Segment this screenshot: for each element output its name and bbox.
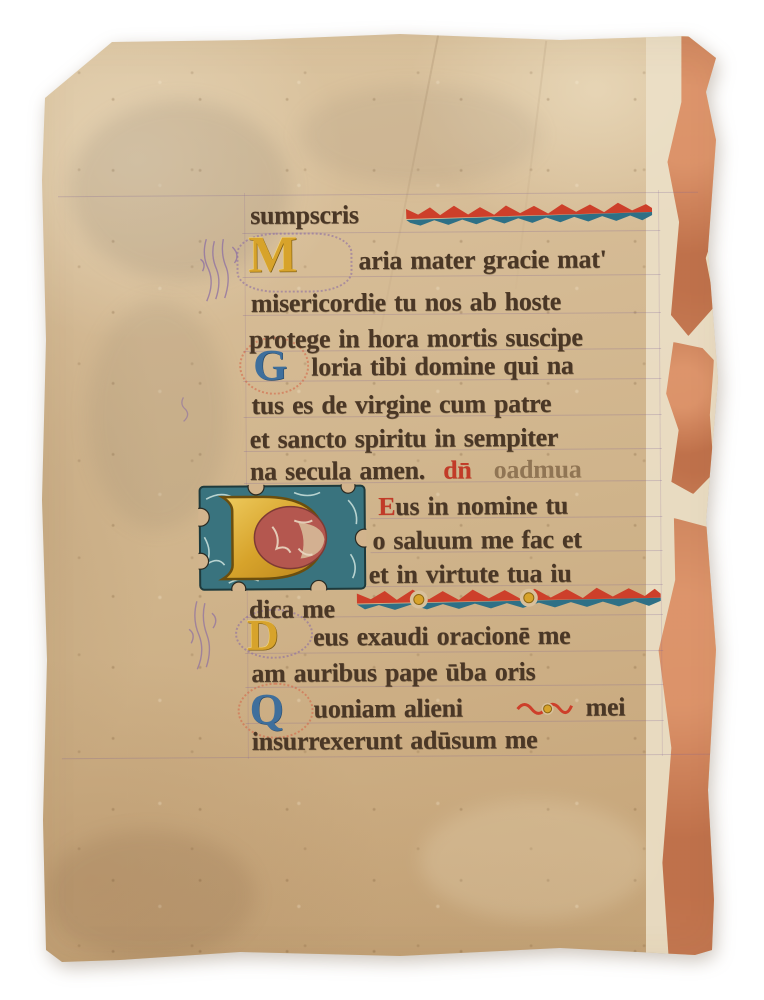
line-filler-red-blue — [406, 198, 653, 230]
line-filler-red-blue-gold — [357, 583, 661, 616]
gothic-text: uoniam alieni — [313, 693, 462, 723]
illuminated-initial-D-small: D — [247, 613, 279, 659]
text-line: am auribus pape ūba oris — [251, 657, 535, 689]
photograph-backdrop: sumpscris M aria mater gracie mat' miser… — [0, 0, 764, 1000]
text-line: et sancto spiritu in sempiter — [250, 423, 559, 455]
gothic-text: us in nomine tu — [395, 491, 568, 521]
rubric-text: dn̄ — [443, 455, 472, 484]
gothic-text: protege in hora mortis suscipe — [249, 323, 583, 354]
text-line: misericordie tu nos ab hoste — [251, 287, 561, 319]
gothic-text: eus exaudi oracionē me — [313, 621, 570, 652]
illuminated-initial-D-large: D — [198, 484, 367, 591]
gothic-text: loria tibi domine qui na — [311, 351, 574, 382]
text-block: sumpscris M aria mater gracie mat' miser… — [0, 0, 764, 1000]
text-line: aria mater gracie mat' — [358, 244, 606, 276]
gothic-text: tus es de virgine cum patre — [251, 389, 551, 420]
gothic-text: na secula amen. — [250, 456, 425, 486]
initial-letter: M — [248, 227, 297, 284]
ruling-line — [58, 192, 698, 197]
gothic-text: insurrexerunt adūsum me — [252, 725, 538, 756]
illuminated-initial-G: G — [253, 343, 288, 389]
text-line: o saluum me fac et — [372, 525, 581, 556]
rubric-initial: E — [378, 492, 395, 521]
margin-penwork — [185, 599, 220, 671]
gothic-text: mei — [585, 692, 625, 721]
faded-text: oadmua — [494, 455, 582, 485]
text-line: eus exaudi oracionē me — [313, 621, 570, 653]
illuminated-initial-M: M — [248, 229, 297, 283]
text-line: Eus in nomine tu — [378, 491, 568, 522]
margin-penwork — [175, 395, 193, 423]
leaf-shadow-wrap: sumpscris M aria mater gracie mat' miser… — [0, 0, 764, 1000]
gothic-text: o saluum me fac et — [372, 525, 581, 555]
initial-letter: G — [253, 341, 288, 390]
text-line: mei — [585, 692, 625, 722]
gothic-text: aria mater gracie mat' — [358, 244, 606, 275]
gothic-text: misericordie tu nos ab hoste — [251, 287, 561, 318]
manuscript-leaf: sumpscris M aria mater gracie mat' miser… — [0, 0, 764, 1000]
text-line: na secula amen. dn̄ oadmua — [250, 455, 582, 487]
text-line: insurrexerunt adūsum me — [252, 725, 538, 757]
gothic-text: sumpscris — [250, 200, 359, 230]
text-line: uoniam alieni — [313, 693, 462, 724]
text-line: tus es de virgine cum patre — [251, 389, 551, 421]
gothic-text: et sancto spiritu in sempiter — [250, 423, 559, 454]
text-line: loria tibi domine qui na — [311, 351, 574, 383]
gothic-text: am auribus pape ūba oris — [251, 657, 535, 688]
initial-letter: D — [247, 611, 279, 660]
line-filler-small-red — [516, 699, 576, 719]
